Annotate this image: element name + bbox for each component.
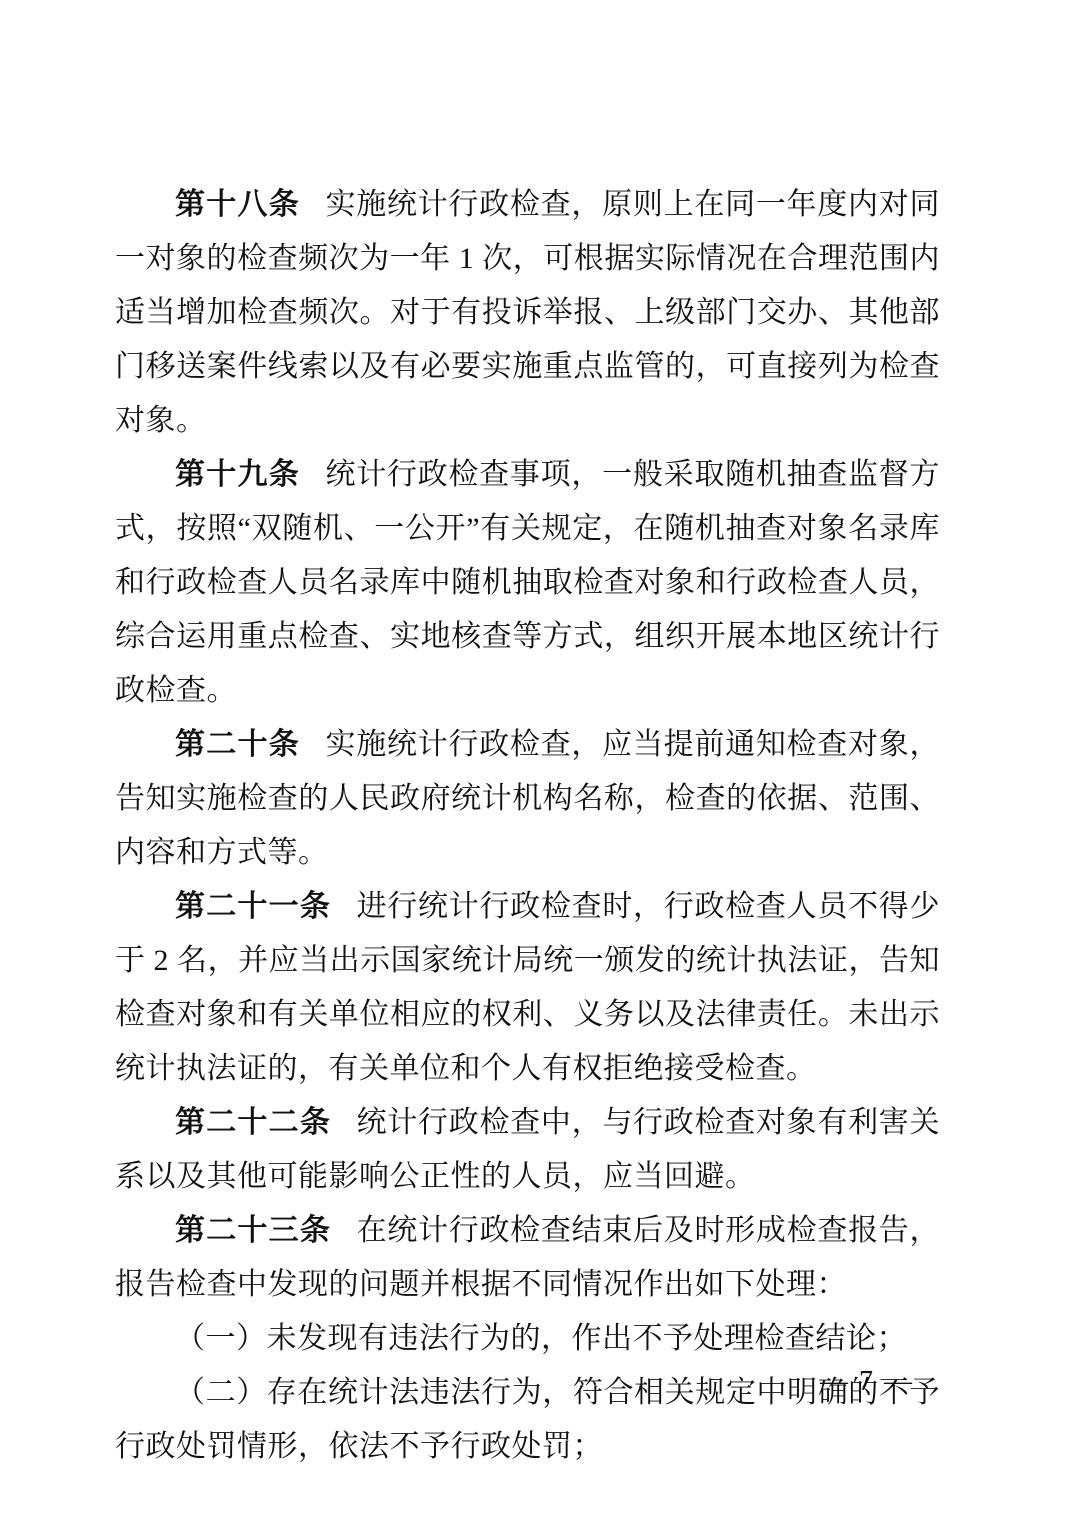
article-20-number: 第二十条 [175, 728, 300, 761]
article-23-paragraph: 第二十三条在统计行政检查结束后及时形成检查报告，报告检查中发现的问题并根据不同情… [115, 1204, 940, 1312]
article-18-text: 实施统计行政检查，原则上在同一年度内对同一对象的检查频次为一年 1 次，可根据实… [115, 188, 940, 437]
article-22-number: 第二十二条 [175, 1106, 331, 1139]
article-21-paragraph: 第二十一条进行统计行政检查时，行政检查人员不得少于 2 名，并应当出示国家统计局… [115, 880, 940, 1096]
document-body: 第十八条实施统计行政检查，原则上在同一年度内对同一对象的检查频次为一年 1 次，… [115, 178, 940, 1474]
article-22-paragraph: 第二十二条统计行政检查中，与行政检查对象有利害关系以及其他可能影响公正性的人员，… [115, 1096, 940, 1204]
document-page: 第十八条实施统计行政检查，原则上在同一年度内对同一对象的检查频次为一年 1 次，… [0, 0, 1074, 1520]
article-19-text: 统计行政检查事项，一般采取随机抽查监督方式，按照“双随机、一公开”有关规定，在随… [115, 458, 940, 707]
article-18-paragraph: 第十八条实施统计行政检查，原则上在同一年度内对同一对象的检查频次为一年 1 次，… [115, 178, 940, 448]
clause-item-1: （一）未发现有违法行为的，作出不予处理检查结论； [115, 1312, 940, 1366]
clause-item-2: （二）存在统计法违法行为，符合相关规定中明确的不予行政处罚情形，依法不予行政处罚… [115, 1366, 940, 1474]
article-19-paragraph: 第十九条统计行政检查事项，一般采取随机抽查监督方式，按照“双随机、一公开”有关规… [115, 448, 940, 718]
article-19-number: 第十九条 [175, 458, 300, 491]
page-number: — 7 — [820, 1362, 914, 1402]
article-18-number: 第十八条 [175, 188, 300, 221]
article-21-number: 第二十一条 [175, 890, 331, 923]
article-23-number: 第二十三条 [175, 1214, 331, 1247]
article-20-paragraph: 第二十条实施统计行政检查，应当提前通知检查对象，告知实施检查的人民政府统计机构名… [115, 718, 940, 880]
